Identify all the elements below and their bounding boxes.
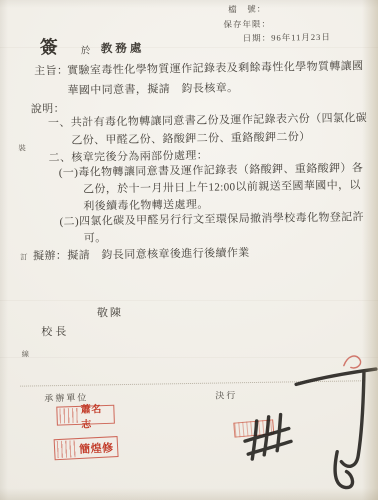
scanned-memo-page: 檔 號： 保存年限： 日期：96年11月23日 簽 於 教務處 主旨： 實驗室毒… — [0, 0, 378, 500]
stamp-name: 簡煌修 — [79, 439, 114, 457]
explanation-line: 可。 — [84, 229, 107, 245]
subject-line: 實驗室毒性化學物質運作記錄表及剩餘毒性化學物質轉讓國 — [67, 57, 364, 78]
stamp-smalltext-texture — [59, 408, 79, 424]
binding-mark-xian: 線 — [22, 349, 30, 360]
explanation-line: 一、共計有毒化物轉讓同意書乙份及運作記錄表六份（四氯化碳 — [48, 109, 367, 130]
stamp-smalltext-texture — [57, 440, 78, 458]
subject-label: 主旨： — [34, 62, 68, 79]
date-label: 日期：96年11月23日 — [243, 31, 331, 44]
explanation-line: 乙份，於十一月卅日上午12:00以前親送至國華國中，以 — [83, 176, 361, 196]
retention-label: 保存年限： — [223, 18, 271, 31]
closing-salute: 敬陳 — [97, 304, 123, 320]
subject-line: 華國中同意書，擬請 鈞長核章。 — [67, 79, 238, 98]
doc-at: 於 — [81, 43, 91, 57]
explanation-line: (二)四氯化碳及甲醛另行行文至環保局撤消學校毒化物登記許 — [59, 208, 364, 229]
binding-mark-ding: 訂 — [20, 252, 28, 263]
proposal-line: 擬辦：擬請 鈞長同意核章後進行後續作業 — [33, 244, 250, 263]
doc-type-sign: 簽 — [40, 33, 58, 59]
name-stamp: 簡煌修 — [54, 436, 119, 460]
office-name: 教務處 — [101, 40, 145, 57]
red-pen-mark — [344, 356, 361, 368]
binding-mark-zhuang: 裝 — [18, 143, 26, 154]
stamp-name: 蕭名志 — [81, 399, 113, 430]
name-stamp: 蕭名志 — [56, 405, 115, 426]
principal-approval-signature — [230, 347, 378, 499]
explanation-line: 乙份、甲醛乙份、鉻酸鉀二份、重鉻酸鉀二份） — [71, 128, 311, 148]
file-number-label: 檔 號： — [228, 3, 266, 16]
closing-addressee: 校長 — [41, 323, 69, 339]
document-content: 檔 號： 保存年限： 日期：96年11月23日 簽 於 教務處 主旨： 實驗室毒… — [0, 0, 378, 500]
